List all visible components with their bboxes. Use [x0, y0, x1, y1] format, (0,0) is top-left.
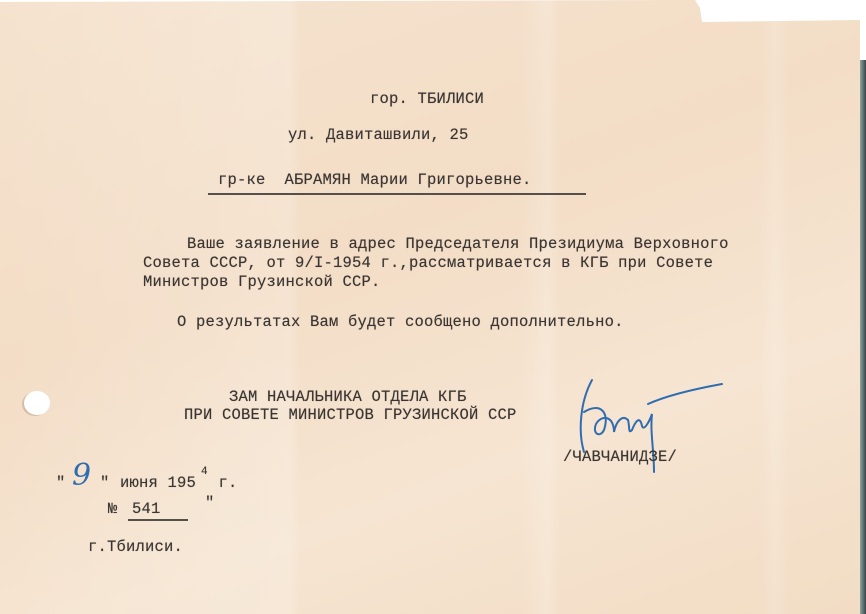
number-quote: ": [205, 494, 215, 512]
date-close-quote: ": [100, 474, 110, 492]
number-underline: [128, 519, 188, 521]
punch-hole: [24, 391, 50, 415]
date-open-quote: ": [56, 474, 66, 492]
date-day-handwritten: 9: [72, 458, 91, 493]
body-line-2: Совета СССР, от 9/I-1954 г.,рассматривае…: [143, 254, 713, 272]
recipient-underline: [208, 193, 586, 195]
scan-edge: [860, 60, 866, 614]
body-line-1: Ваше заявление в адрес Председателя През…: [187, 235, 729, 253]
date-month-year: июня 195: [120, 474, 196, 492]
signatory-title-1: ЗАМ НАЧАЛЬНИКА ОТДЕЛА КГБ: [229, 388, 467, 406]
signatory-title-2: ПРИ СОВЕТЕ МИНИСТРОВ ГРУЗИНСКОЙ ССР: [184, 406, 517, 424]
address-street: ул. Давиташвили, 25: [288, 126, 469, 144]
body-line-4: О результатах Вам будет сообщено дополни…: [177, 313, 624, 331]
date-suffix: г.: [209, 474, 238, 492]
signatory-name: /ЧАВЧАНИДЗЕ/: [563, 448, 677, 466]
number-label: №: [108, 500, 118, 518]
body-line-3: Министров Грузинской ССР.: [143, 273, 381, 291]
date-year-superscript: 4: [201, 466, 208, 478]
number-value: 541: [132, 500, 161, 518]
address-recipient: гр-ке АБРАМЯН Марии Григорьевне.: [218, 171, 532, 189]
address-city: гор. ТБИЛИСИ: [370, 90, 484, 108]
place-of-issue: г.Тбилиси.: [88, 538, 183, 556]
